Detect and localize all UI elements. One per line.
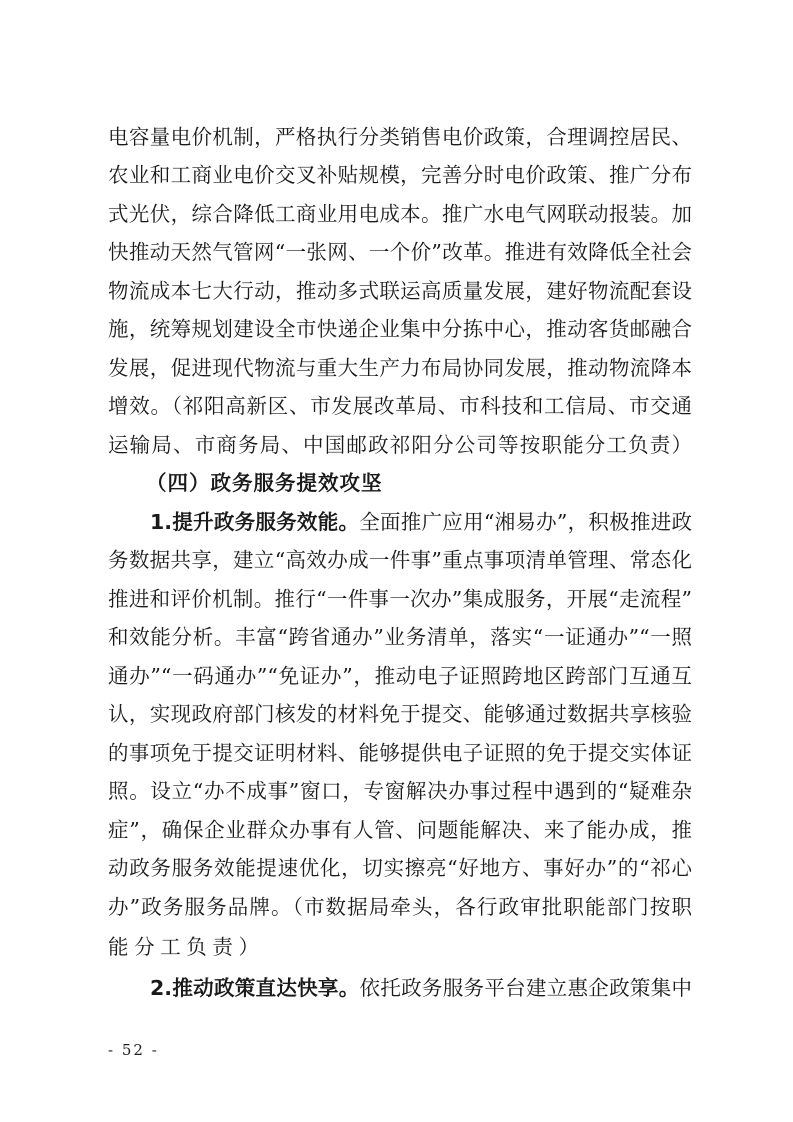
item1-first-line: 1.提升政务服务效能。全面推广应用“湘易办”，积极推进政 (150, 507, 692, 537)
section-heading: （四）政务服务提效攻坚 (146, 468, 383, 498)
paragraph-line: 务数据共享，建立“高效办成一件事”重点事项清单管理、常态化 (108, 545, 692, 575)
paragraph-line: 的事项免于提交证明材料、能够提供电子证照的免于提交实体证 (108, 738, 692, 768)
paragraph-line: 症”，确保企业群众办事有人管、问题能解决、来了能办成，推 (108, 815, 692, 845)
item2-first-line: 2.推动政策直达快享。依托政务服务平台建立惠企政策集中 (150, 973, 692, 1003)
paragraph-line: 办”政务服务品牌。（市数据局牵头，各行政审批职能部门按职 (108, 892, 692, 922)
paragraph-line: 农业和工商业电价交叉补贴规模，完善分时电价政策、推广分布 (108, 160, 692, 190)
paragraph-line: 照。设立“办不成事”窗口，专窗解决办事过程中遇到的“疑难杂 (108, 776, 692, 806)
paragraph-line: 施，统筹规划建设全市快递企业集中分拣中心，推动客货邮融合 (108, 314, 692, 344)
paragraph-line: 推进和评价机制。推行“一件事一次办”集成服务，开展“走流程” (108, 584, 692, 614)
document-page: 电容量电价机制，严格执行分类销售电价政策，合理调控居民、 农业和工商业电价交叉补… (0, 0, 793, 1122)
paragraph-line: 物流成本七大行动，推动多式联运高质量发展，建好物流配套设 (108, 276, 692, 306)
item1-first-line-text: 全面推广应用“湘易办”，积极推进政 (359, 510, 692, 534)
item1-title: 1.提升政务服务效能。 (150, 510, 359, 534)
paragraph-line: 和效能分析。丰富“跨省通办”业务清单，落实“一证通办”“一照 (108, 622, 692, 652)
paragraph-line: 认，实现政府部门核发的材料免于提交、能够通过数据共享核验 (108, 699, 692, 729)
paragraph-line: 快推动天然气管网“一张网、一个价”改革。推进有效降低全社会 (108, 237, 692, 267)
paragraph-line: 电容量电价机制，严格执行分类销售电价政策，合理调控居民、 (108, 122, 692, 152)
paragraph-line: 增效。（祁阳高新区、市发展改革局、市科技和工信局、市交通 (108, 391, 692, 421)
item2-first-line-text: 依托政务服务平台建立惠企政策集中 (360, 976, 692, 1000)
item2-title: 2.推动政策直达快享。 (150, 976, 360, 1000)
paragraph-line: 运输局、市商务局、中国邮政祁阳分公司等按职能分工负责） (108, 430, 692, 460)
paragraph-line: 通办”“一码通办”“免证办”，推动电子证照跨地区跨部门互通互 (108, 661, 692, 691)
paragraph-line: 式光伏，综合降低工商业用电成本。推广水电气网联动报装。加 (108, 199, 692, 229)
paragraph-line: 能分工负责） (108, 932, 692, 962)
page-number: - 52 - (108, 1040, 159, 1060)
paragraph-line: 动政务服务效能提速优化，切实擦亮“好地方、事好办”的“祁心 (108, 853, 692, 883)
paragraph-line: 发展，促进现代物流与重大生产力布局协同发展，推动物流降本 (108, 353, 692, 383)
